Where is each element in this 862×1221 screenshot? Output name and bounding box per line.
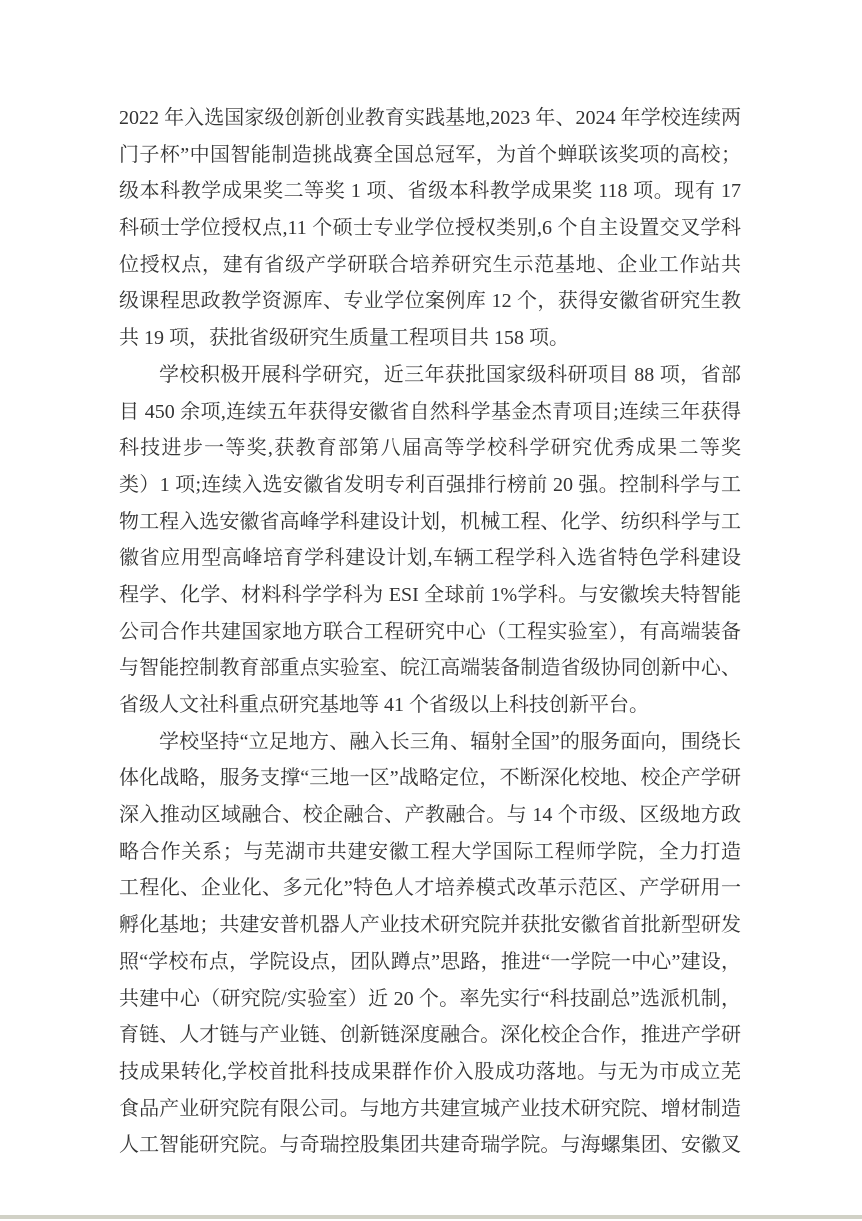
paragraph: 学校坚持“立足地方、融入长三角、辐射全国”的服务面向，围绕长三角一体化战略，服务… bbox=[119, 724, 741, 1164]
text-line: 门子杯”中国智能制造挑战赛全国总冠军，为首个蝉联该奖项的高校；获批国家 bbox=[119, 137, 741, 174]
text-line: 人工智能研究院。与奇瑞控股集团共建奇瑞学院。与海螺集团、安徽叉车集团、 bbox=[119, 1127, 741, 1164]
text-line: 深入推动区域融合、校企融合、产教融合。与 14 个市级、区级地方政府建立战 bbox=[119, 797, 741, 834]
text-line: 育链、人才链与产业链、创新链深度融合。深化校企合作，推进产学研融合与科 bbox=[119, 1017, 741, 1054]
text-line: 学校坚持“立足地方、融入长三角、辐射全国”的服务面向，围绕长三角一 bbox=[119, 724, 741, 761]
text-line: 级课程思政教学资源库、专业学位案例库 12 个，获得安徽省研究生教学成果奖 bbox=[119, 283, 741, 320]
text-line: 工程化、企业化、多元化”特色人才培养模式改革示范区、产学研用一体化科技 bbox=[119, 870, 741, 907]
page-bottom-separator bbox=[0, 1215, 862, 1219]
text-line: 位授权点，建有省级产学研联合培养研究生示范基地、企业工作站共 12 个，省 bbox=[119, 247, 741, 284]
text-line: 孵化基地；共建安普机器人产业技术研究院并获批安徽省首批新型研发机构。按 bbox=[119, 907, 741, 944]
text-line: 体化战略，服务支撑“三地一区”战略定位，不断深化校地、校企产学研合作， bbox=[119, 760, 741, 797]
text-line: 类）1 项;连续入选安徽省发明专利百强排行榜前 20 强。控制科学与工程、生 bbox=[119, 467, 741, 504]
text-line: 学校积极开展科学研究，近三年获批国家级科研项目 88 项，省部级科研项 bbox=[119, 357, 741, 394]
text-line: 科技进步一等奖,获教育部第八届高等学校科学研究优秀成果二等奖（人文社科 bbox=[119, 430, 741, 467]
text-line: 食品产业研究院有限公司。与地方共建宣城产业技术研究院、增材制造研究院、 bbox=[119, 1091, 741, 1128]
document-text-block: 2022 年入选国家级创新创业教育实践基地,2023 年、2024 年学校连续两… bbox=[119, 100, 741, 1164]
text-line: 略合作关系；与芜湖市共建安徽工程大学国际工程师学院，全力打造“国际化、 bbox=[119, 834, 741, 871]
text-line: 2022 年入选国家级创新创业教育实践基地,2023 年、2024 年学校连续两… bbox=[119, 100, 741, 137]
text-line: 照“学校布点，学院设点，团队蹲点”思路，推进“一学院一中心”建设，目前 bbox=[119, 944, 741, 981]
document-page: 2022 年入选国家级创新创业教育实践基地,2023 年、2024 年学校连续两… bbox=[0, 0, 862, 1221]
text-line: 共建中心（研究院/实验室）近 20 个。率先实行“科技副总”选派机制，加快教 bbox=[119, 981, 741, 1018]
text-line: 程学、化学、材料科学学科为 ESI 全球前 1%学科。与安徽埃夫特智能装备有限 bbox=[119, 577, 741, 614]
paragraph: 2022 年入选国家级创新创业教育实践基地,2023 年、2024 年学校连续两… bbox=[119, 100, 741, 357]
text-line: 物工程入选安徽省高峰学科建设计划，机械工程、化学、纺织科学与工程入选安 bbox=[119, 504, 741, 541]
text-line: 技成果转化,学校首批科技成果群作价入股成功落地。与无为市成立芜湖市绿色 bbox=[119, 1054, 741, 1091]
text-line: 省级人文社科重点研究基地等 41 个省级以上科技创新平台。 bbox=[119, 687, 741, 724]
text-line: 目 450 余项,连续五年获得安徽省自然科学基金杰青项目;连续三年获得安徽省 bbox=[119, 394, 741, 431]
text-line: 徽省应用型高峰培育学科建设计划,车辆工程学科入选省特色学科建设计划。工 bbox=[119, 540, 741, 577]
text-line: 与智能控制教育部重点实验室、皖江高端装备制造省级协同创新中心、设计艺术 bbox=[119, 650, 741, 687]
text-line: 科硕士学位授权点,11 个硕士专业学位授权类别,6 个自主设置交叉学科硕士学 bbox=[119, 210, 741, 247]
text-line: 级本科教学成果奖二等奖 1 项、省级本科教学成果奖 118 项。现有 17 个一… bbox=[119, 173, 741, 210]
text-line: 共 19 项，获批省级研究生质量工程项目共 158 项。 bbox=[119, 320, 741, 357]
paragraph: 学校积极开展科学研究，近三年获批国家级科研项目 88 项，省部级科研项目 450… bbox=[119, 357, 741, 724]
text-line: 公司合作共建国家地方联合工程研究中心（工程实验室），有高端装备先进感知 bbox=[119, 614, 741, 651]
